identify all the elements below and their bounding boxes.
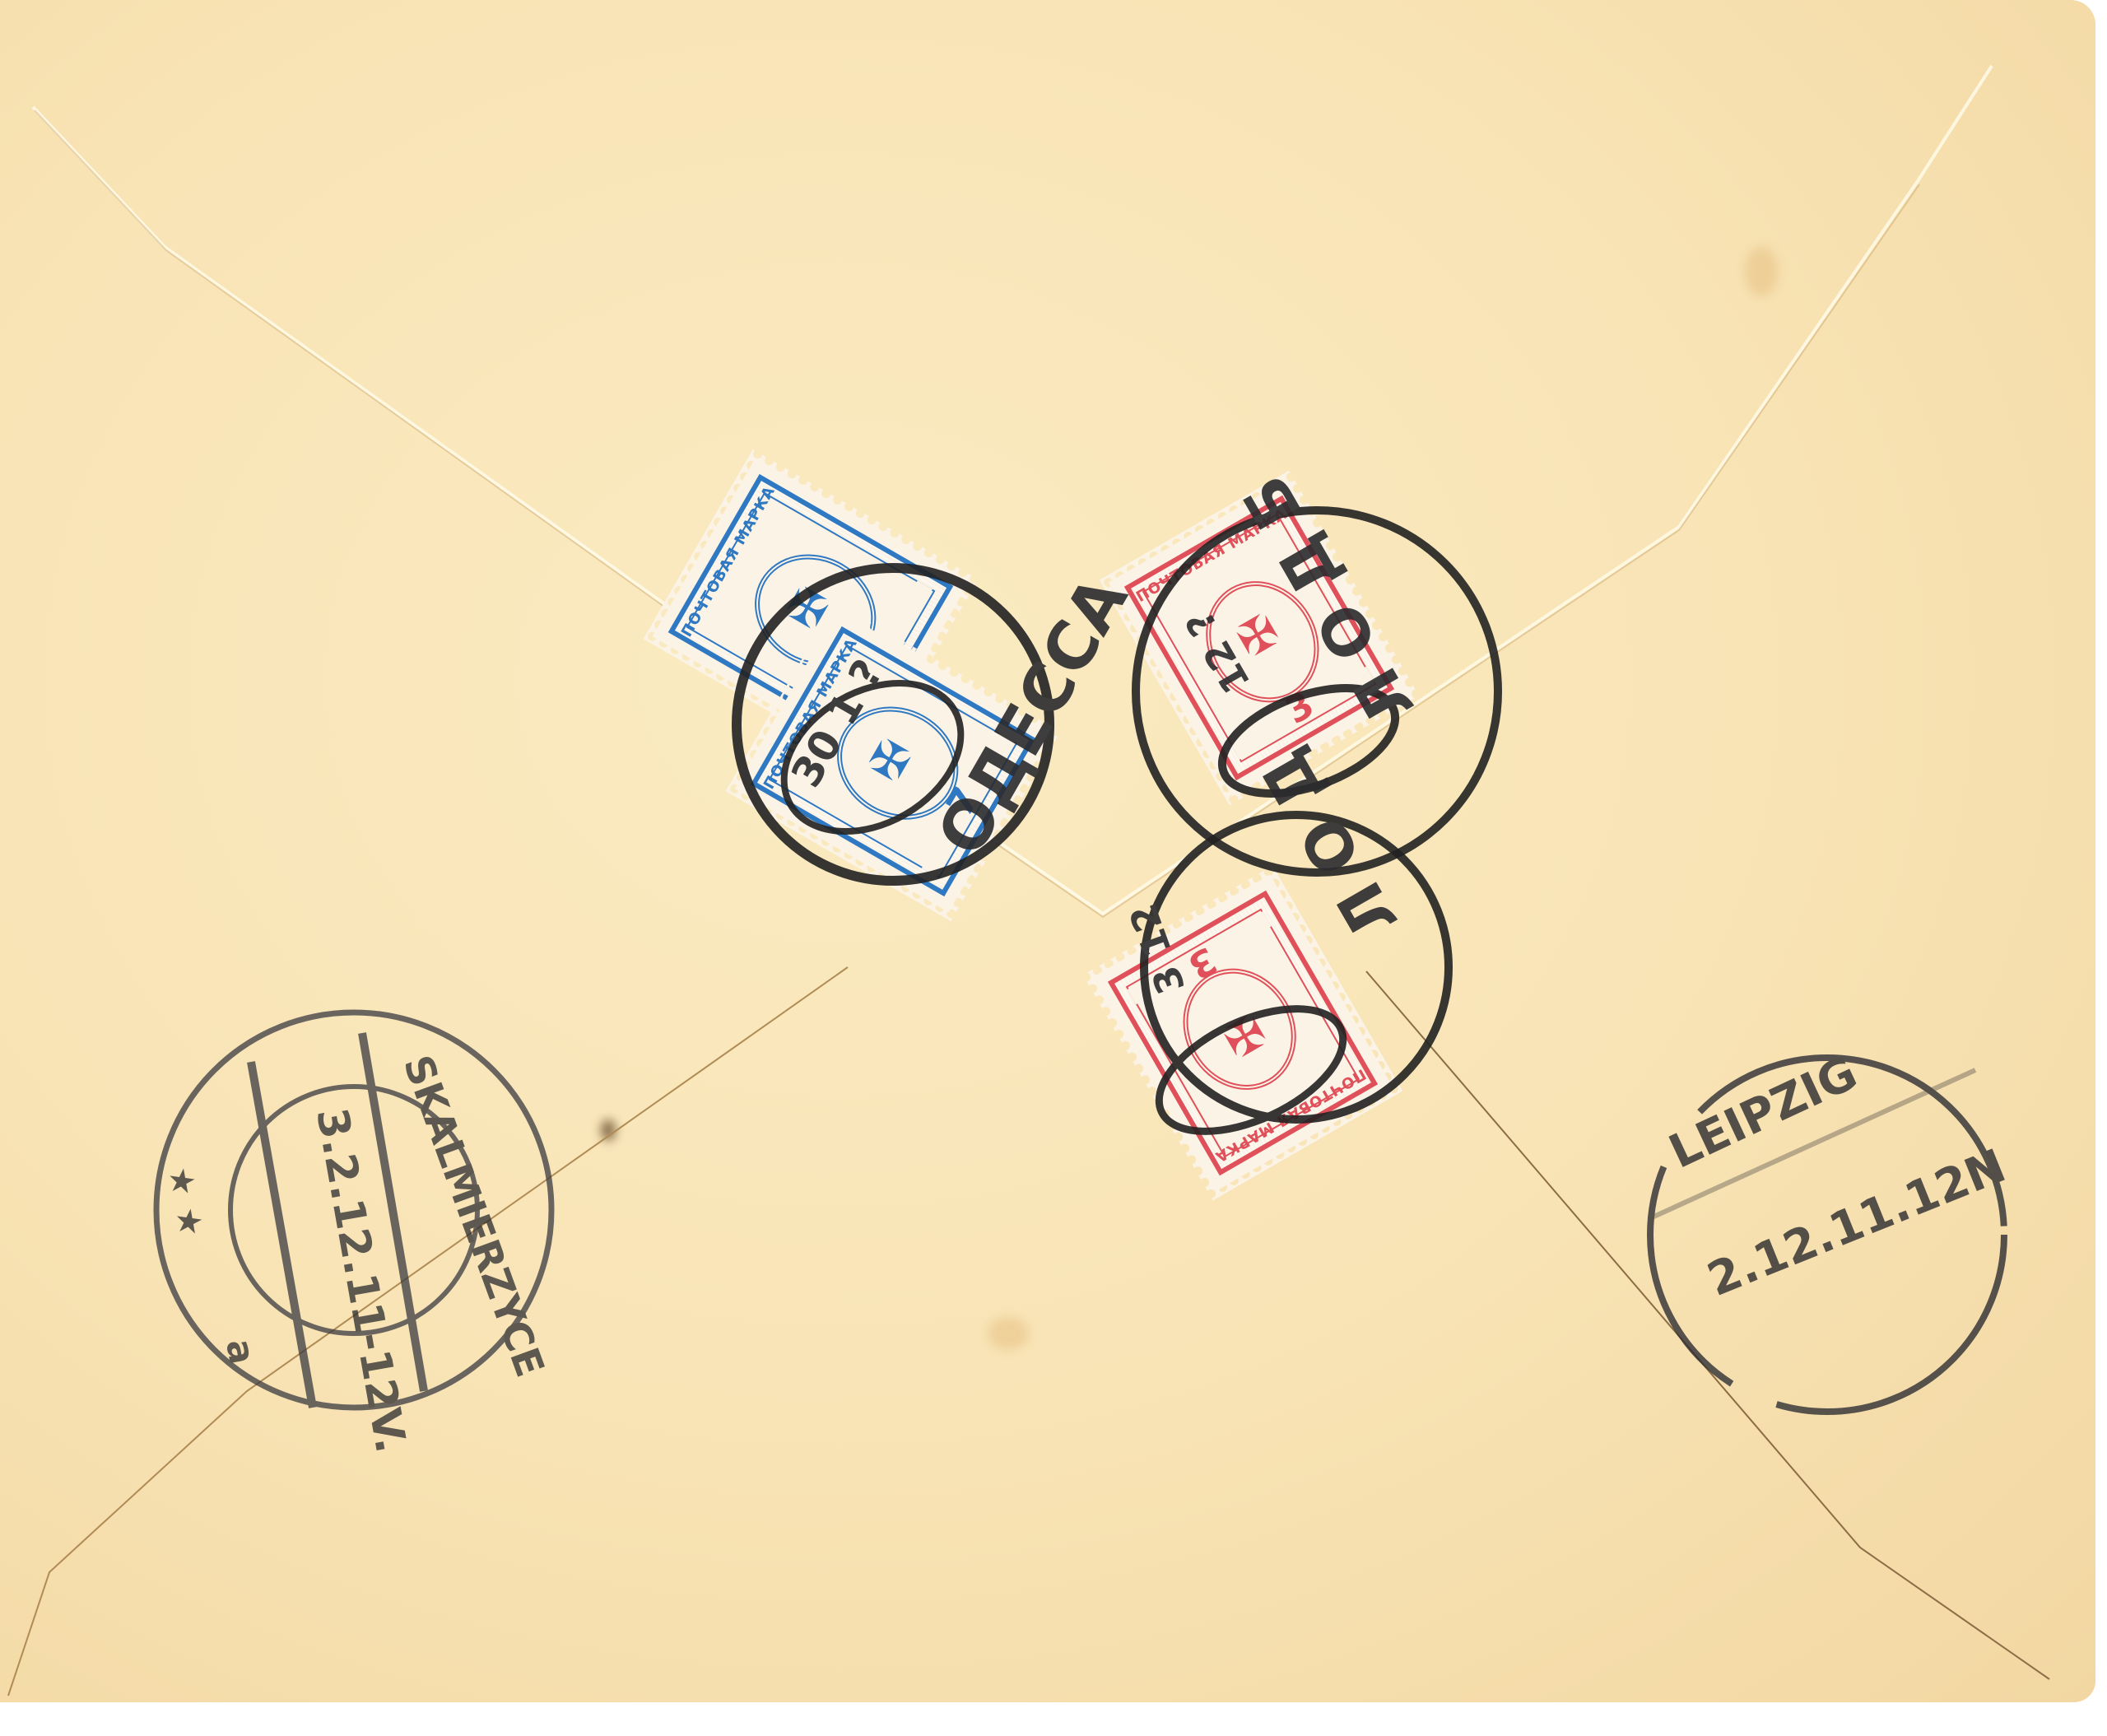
envelope-flap-folds <box>0 0 2095 1702</box>
envelope-back <box>0 0 2095 1702</box>
